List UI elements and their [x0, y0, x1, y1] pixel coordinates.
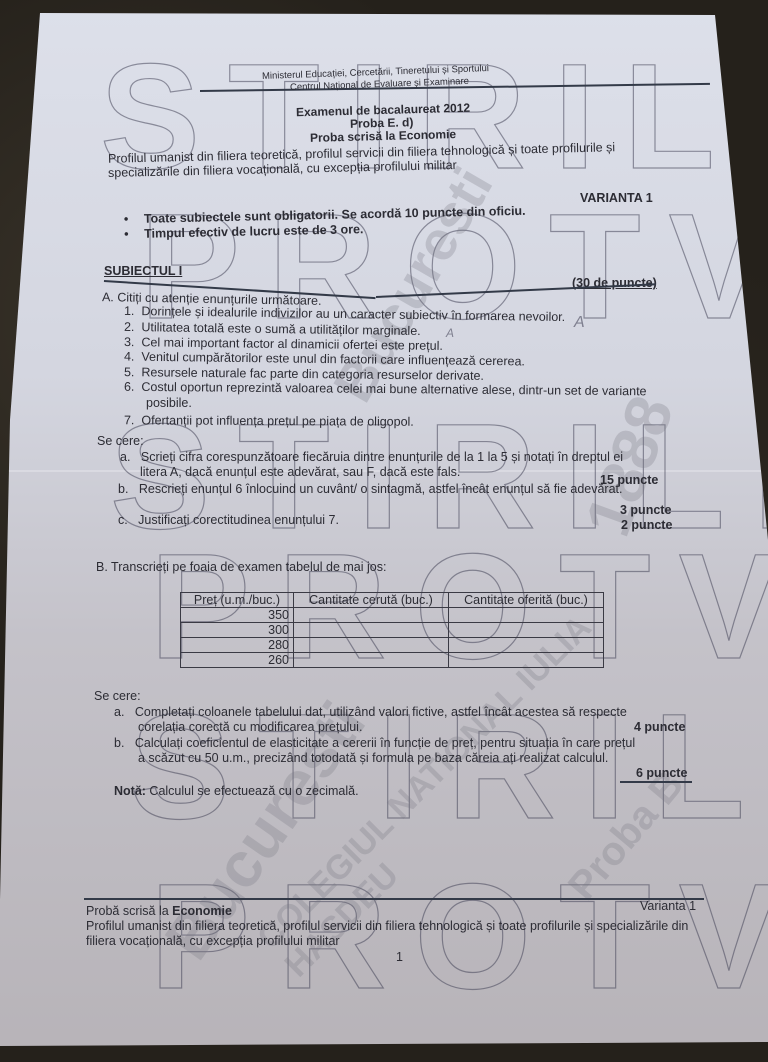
table-header-row: Preț (u.m./buc.) Cantitate cerută (buc.)… — [181, 593, 604, 608]
task-text: Scrieți cifra corespunzătoare fiecăruia … — [141, 450, 623, 464]
statement-6-continuation: posibile. — [146, 396, 192, 410]
footer-variant: Varianta 1 — [640, 899, 696, 913]
task-text: Rescrieți enunțul 6 înlocuind un cuvânt/… — [139, 482, 623, 496]
column-header-demand: Cantitate cerută (buc.) — [294, 593, 449, 608]
task-b-a-points: 4 puncte — [634, 720, 685, 734]
table-row: 350 — [181, 608, 604, 623]
price-cell: 300 — [181, 623, 294, 638]
variant-label: VARIANTA 1 — [580, 191, 653, 205]
part-b-intro: B. Transcrieți pe foaia de examen tabelu… — [96, 560, 386, 574]
price-cell: 260 — [181, 653, 294, 668]
se-cere-label: Se cere: — [97, 434, 144, 448]
footer-title: Probă scrisă la Economie — [86, 904, 232, 918]
task-b-b-line2: a scăzut cu 50 u.m., precizând totodată … — [138, 751, 608, 765]
handwritten-mark-a: A — [574, 314, 585, 332]
handwritten-mark-a: A — [446, 326, 454, 340]
task-text: Completați coloanele tabelului dat, util… — [135, 705, 627, 719]
task-letter: b. — [114, 736, 124, 750]
task-a: a. Scrieți cifra corespunzătoare fiecăru… — [120, 450, 623, 464]
task-letter: a. — [114, 705, 124, 719]
task-b-a-line2: corelația corectă cu modificarea prețulu… — [138, 720, 362, 734]
instructions-list: Toate subiectele sunt obligatorii. Se ac… — [122, 204, 526, 242]
task-b-points: 3 puncte — [620, 503, 671, 517]
statement-7: 7. Ofertanții pot influența prețul pe pi… — [124, 413, 414, 429]
footer-profile-line2: filiera vocațională, cu excepția profilu… — [86, 934, 340, 948]
supply-cell — [449, 653, 604, 668]
statement-number: 7. — [124, 413, 135, 427]
statement-number: 4. — [124, 350, 135, 364]
task-text: Justificați corectitudinea enunțului 7. — [138, 513, 339, 527]
statement-number: 5. — [124, 365, 135, 379]
statement-number: 3. — [124, 335, 135, 349]
fold-line-right — [376, 283, 656, 297]
page-number: 1 — [396, 950, 403, 964]
task-letter: b. — [118, 482, 128, 496]
task-b: b. Rescrieți enunțul 6 înlocuind un cuvâ… — [118, 482, 622, 496]
note-text: Calculul se efectuează cu o zecimală. — [146, 784, 359, 798]
se-cere-b-label: Se cere: — [94, 689, 141, 703]
supply-cell — [449, 608, 604, 623]
statement-text: Ofertanții pot influența prețul pe piața… — [141, 413, 413, 428]
task-a-line2: litera A, dacă enunțul este adevărat, sa… — [140, 465, 460, 479]
footer-profile-line1: Profilul umanist din filiera teoretică, … — [86, 919, 688, 933]
task-c-points: 2 puncte — [621, 518, 672, 532]
task-c: c. Justificați corectitudinea enunțului … — [118, 513, 339, 527]
task-b-b-points: 6 puncte — [636, 766, 687, 780]
column-header-supply: Cantitate oferită (buc.) — [449, 593, 604, 608]
footer-rule — [84, 898, 704, 900]
statement-number: 6. — [124, 380, 135, 394]
demand-cell — [294, 653, 449, 668]
task-b-a: a. Completați coloanele tabelului dat, u… — [114, 705, 627, 719]
footer-title-prefix: Probă scrisă la — [86, 904, 172, 918]
price-cell: 280 — [181, 638, 294, 653]
price-quantity-table: Preț (u.m./buc.) Cantitate cerută (buc.)… — [180, 592, 604, 668]
statement-number: 1. — [124, 304, 135, 318]
price-cell: 350 — [181, 608, 294, 623]
statement-number: 2. — [124, 320, 135, 334]
task-text: Calculați coeficientul de elasticitate a… — [135, 736, 635, 750]
footer-title-subject: Economie — [172, 904, 232, 918]
statement-text: Costul oportun reprezintă valoarea celei… — [141, 380, 646, 398]
demand-cell — [294, 638, 449, 653]
column-header-price: Preț (u.m./buc.) — [181, 593, 294, 608]
header-subject: Proba scrisă la Economie — [310, 127, 456, 145]
table-row: 280 — [181, 638, 604, 653]
supply-cell — [449, 623, 604, 638]
task-letter: a. — [120, 450, 130, 464]
statement-6: 6. Costul oportun reprezintă valoarea ce… — [124, 380, 647, 399]
table-row: 300 — [181, 623, 604, 638]
exam-paper: STIRILE PROTV STIRILE PROTV STIRILE PROT… — [0, 0, 768, 1062]
subject-title: SUBIECTUL I — [104, 264, 182, 278]
note: Notă: Calculul se efectuează cu o zecima… — [114, 784, 359, 798]
demand-cell — [294, 623, 449, 638]
points-underline — [620, 781, 692, 783]
supply-cell — [449, 638, 604, 653]
demand-cell — [294, 608, 449, 623]
task-letter: c. — [118, 513, 128, 527]
table-row: 260 — [181, 653, 604, 668]
note-label: Notă: — [114, 784, 146, 798]
task-b-b: b. Calculați coeficientul de elasticitat… — [114, 736, 635, 750]
